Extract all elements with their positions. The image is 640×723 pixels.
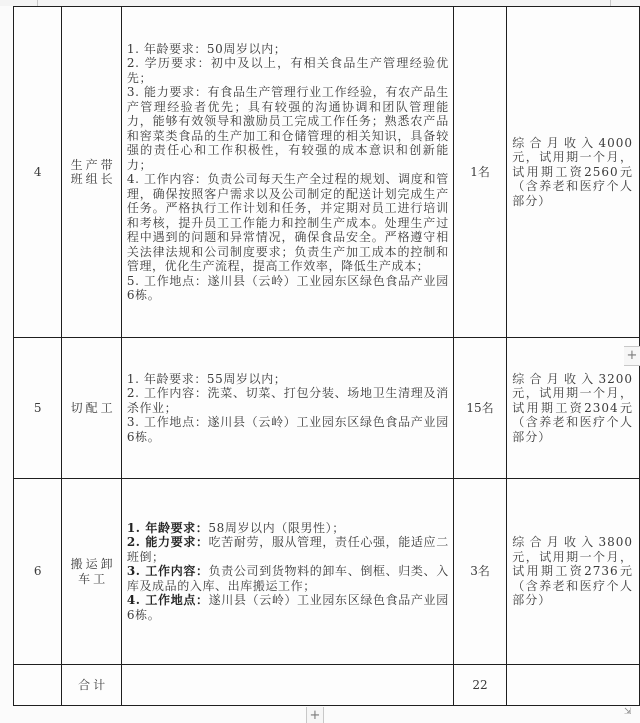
row-number: 5 bbox=[14, 338, 62, 479]
requirement-text: 1. 年龄要求：50周岁以内； bbox=[127, 42, 287, 56]
salary-cell: 综合月收入3200元，试用期一个月，试用期工资2304元（含养老和医疗个人部分） bbox=[507, 338, 640, 479]
headcount: 15名 bbox=[453, 338, 506, 479]
row-number: 6 bbox=[14, 479, 62, 665]
job-openings-table: 4 生产带班组长 1. 年龄要求：50周岁以内； 2. 学历要求：初中及以上，有… bbox=[13, 6, 640, 706]
salary-text: 综合月收入4000元，试用期一个月，试用期工资2560元（含养老和医疗个人部分） bbox=[512, 136, 633, 209]
add-row-button[interactable]: + bbox=[306, 707, 324, 723]
requirement-line: 2. 能力要求：吃苦耐劳，服从管理，责任心强，能适应二班倒； bbox=[127, 535, 449, 564]
requirement-label: 1. 年龄要求： bbox=[127, 521, 209, 535]
salary-cell: 综合月收入4000元，试用期一个月，试用期工资2560元（含养老和医疗个人部分） bbox=[507, 7, 640, 338]
position-name: 切配工 bbox=[62, 338, 121, 479]
requirement-line: 2. 学历要求：初中及以上，有相关食品生产管理经验优先； bbox=[127, 56, 449, 85]
total-label: 合计 bbox=[62, 665, 121, 706]
requirement-line: 3. 工作地点：遂川县（云岭）工业园东区绿色食品产业园6栋。 bbox=[127, 415, 449, 444]
requirement-line: 4. 工作地点：遂川县（云岭）工业园东区绿色食品产业园6栋。 bbox=[127, 593, 449, 622]
position-name: 搬运卸车工 bbox=[62, 479, 121, 665]
position-name: 生产带班组长 bbox=[62, 7, 121, 338]
table-row: 6 搬运卸车工 1. 年龄要求：58周岁以内（限男性）； 2. 能力要求：吃苦耐… bbox=[14, 479, 640, 665]
requirement-line: 2. 工作内容：洗菜、切菜、打包分装、场地卫生清理及消杀作业； bbox=[127, 386, 449, 415]
requirement-line: 3. 工作内容：负责公司到货物料的卸车、倒框、归类、入库及成品的入库、出库搬运工… bbox=[127, 564, 449, 593]
requirement-text: 4. 工作内容：负责公司每天生产全过程的规划、调度和管理，确保按照客户需求以及公… bbox=[127, 172, 449, 273]
table-row: 5 切配工 1. 年龄要求：55周岁以内； 2. 工作内容：洗菜、切菜、打包分装… bbox=[14, 338, 640, 479]
requirement-line: 1. 年龄要求：58周岁以内（限男性）； bbox=[127, 521, 449, 536]
requirements-cell: 1. 年龄要求：50周岁以内； 2. 学历要求：初中及以上，有相关食品生产管理经… bbox=[121, 7, 453, 338]
requirements-cell: 1. 年龄要求：58周岁以内（限男性）； 2. 能力要求：吃苦耐劳，服从管理，责… bbox=[121, 479, 453, 665]
total-count: 22 bbox=[453, 665, 506, 706]
salary-text: 综合月收入3200元，试用期一个月，试用期工资2304元（含养老和医疗个人部分） bbox=[512, 372, 633, 445]
requirement-label: 4. 工作地点： bbox=[127, 593, 209, 607]
requirement-line: 1. 年龄要求：50周岁以内； bbox=[127, 42, 449, 57]
salary-cell: 综合月收入3800元，试用期一个月，试用期工资2736元（含养老和医疗个人部分） bbox=[507, 479, 640, 665]
total-empty-cell bbox=[14, 665, 62, 706]
headcount: 1名 bbox=[453, 7, 506, 338]
requirement-text: 58周岁以内（限男性）； bbox=[208, 521, 344, 535]
requirement-label: 3. 工作内容： bbox=[127, 564, 209, 578]
total-row: 合计 22 bbox=[14, 665, 640, 706]
requirement-text: 2. 学历要求：初中及以上，有相关食品生产管理经验优先； bbox=[127, 56, 449, 85]
requirement-text: 3. 工作地点：遂川县（云岭）工业园东区绿色食品产业园6栋。 bbox=[127, 415, 449, 444]
row-number: 4 bbox=[14, 7, 62, 338]
requirement-text: 3. 能力要求：有食品生产管理行业工作经验，有农产品生产管理经验者优先；具有较强… bbox=[127, 85, 449, 172]
requirements-cell: 1. 年龄要求：55周岁以内； 2. 工作内容：洗菜、切菜、打包分装、场地卫生清… bbox=[121, 338, 453, 479]
total-empty-cell bbox=[121, 665, 453, 706]
requirement-line: 3. 能力要求：有食品生产管理行业工作经验，有农产品生产管理经验者优先；具有较强… bbox=[127, 85, 449, 172]
requirement-label: 2. 能力要求： bbox=[127, 535, 209, 549]
requirement-line: 5. 工作地点：遂川县（云岭）工业园东区绿色食品产业园6栋。 bbox=[127, 274, 449, 303]
requirement-line: 4. 工作内容：负责公司每天生产全过程的规划、调度和管理，确保按照客户需求以及公… bbox=[127, 172, 449, 274]
table-row: 4 生产带班组长 1. 年龄要求：50周岁以内； 2. 学历要求：初中及以上，有… bbox=[14, 7, 640, 338]
requirement-text: 5. 工作地点：遂川县（云岭）工业园东区绿色食品产业园6栋。 bbox=[127, 274, 449, 303]
salary-text: 综合月收入3800元，试用期一个月，试用期工资2736元（含养老和医疗个人部分） bbox=[512, 535, 633, 608]
headcount: 3名 bbox=[453, 479, 506, 665]
requirement-text: 2. 工作内容：洗菜、切菜、打包分装、场地卫生清理及消杀作业； bbox=[127, 386, 449, 415]
total-empty-cell bbox=[507, 665, 640, 706]
add-column-button[interactable]: + bbox=[624, 346, 640, 366]
requirement-text: 1. 年龄要求：55周岁以内； bbox=[127, 372, 287, 386]
requirement-line: 1. 年龄要求：55周岁以内； bbox=[127, 372, 449, 387]
table-resize-handle[interactable]: ⇲ bbox=[624, 707, 638, 721]
